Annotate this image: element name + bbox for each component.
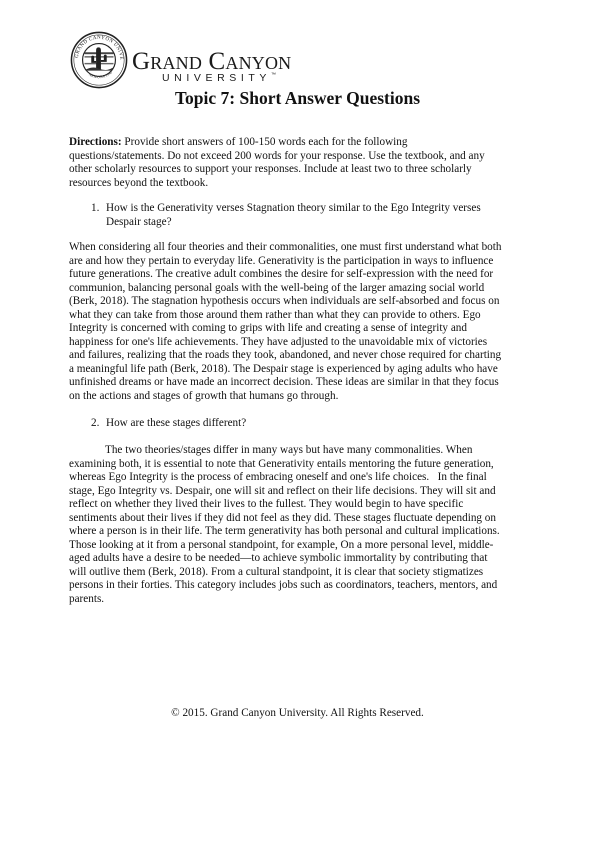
- directions-line: questions/statements. Do not exceed 200 …: [69, 150, 531, 164]
- answer-line: reflect on whether they lived their live…: [69, 498, 531, 512]
- answer-line: what they can take from those around the…: [69, 309, 531, 323]
- question-text: How are these stages different?: [106, 417, 246, 431]
- answer-line: unfinished dreams or have made an incorr…: [69, 376, 531, 390]
- answer-line: persons in their forties. This category …: [69, 579, 531, 593]
- answer-line: aged adults have a desire to be needed—t…: [69, 552, 531, 566]
- directions-line: resources beyond the textbook.: [69, 177, 531, 191]
- answer-line: Integrity is concerned with coming to gr…: [69, 322, 531, 336]
- university-subtitle: UNIVERSITY™: [162, 73, 276, 84]
- answer-line: on the actions and stages of growth that…: [69, 390, 531, 404]
- university-name-text: Grand Canyon: [132, 48, 291, 75]
- directions-line: Directions: Provide short answers of 100…: [69, 136, 531, 150]
- answer-line: stage, Ego Integrity vs. Despair, one wi…: [69, 485, 531, 499]
- answer-line: future generations. The creative adult c…: [69, 268, 531, 282]
- answer-line: (Berk, 2018). The stagnation hypothesis …: [69, 295, 531, 309]
- question-text: How is the Generativity verses Stagnatio…: [106, 202, 481, 229]
- answer-line: happiness for one's life achievements. T…: [69, 336, 531, 350]
- directions-line: other scholarly resources to support you…: [69, 163, 531, 177]
- answer-line: The two theories/stages differ in many w…: [69, 444, 531, 458]
- answer-line: parents.: [69, 593, 531, 607]
- answer-line: Those looking at it from a personal stan…: [69, 539, 531, 553]
- page-title: Topic 7: Short Answer Questions: [0, 88, 595, 109]
- answer-line: sentiments about their lives if they did…: [69, 512, 531, 526]
- answer-2: The two theories/stages differ in many w…: [69, 444, 531, 607]
- question-number: 2.: [91, 417, 99, 431]
- question-number: 1.: [91, 202, 99, 216]
- university-name: Grand Canyon: [132, 49, 291, 74]
- copyright-footer: © 2015. Grand Canyon University. All Rig…: [0, 707, 595, 720]
- answer-line: where a person is in their life. The ter…: [69, 525, 531, 539]
- trademark-mark: ™: [271, 72, 276, 78]
- answer-line: will outlive them (Berk, 2018). From a c…: [69, 566, 531, 580]
- answer-line: examining both, it is essential to note …: [69, 458, 531, 472]
- document-page: GRAND CANYON UNIVERSITY ARIZONA 1949 Gra…: [0, 0, 595, 842]
- answer-line: a meaningful life path (Berk, 2018). The…: [69, 363, 531, 377]
- university-seal-icon: GRAND CANYON UNIVERSITY ARIZONA 1949: [70, 31, 128, 89]
- answer-1: When considering all four theories and t…: [69, 241, 531, 404]
- answer-line: When considering all four theories and t…: [69, 241, 531, 255]
- directions-label: Directions:: [69, 136, 122, 148]
- svg-text:ARIZONA 1949: ARIZONA 1949: [88, 70, 113, 79]
- answer-line: are and how they pertain to everyday lif…: [69, 255, 531, 269]
- answer-line: and failures, realizing that the roads t…: [69, 349, 531, 363]
- directions-paragraph: Directions: Provide short answers of 100…: [69, 136, 531, 190]
- answer-line: communion, balancing personal goals with…: [69, 282, 531, 296]
- answer-line: whereas Ego Integrity is the process of …: [69, 471, 531, 485]
